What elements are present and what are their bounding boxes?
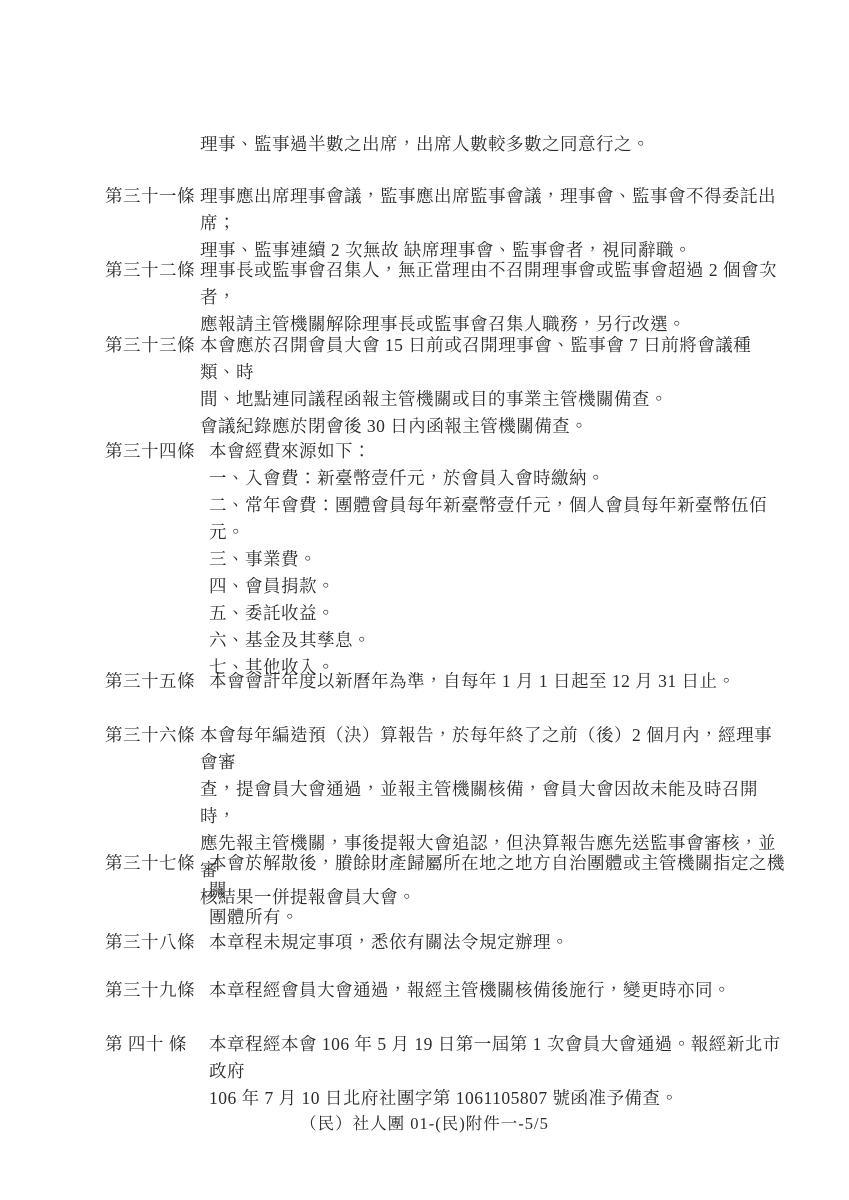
article-31-number: 第三十一條: [105, 183, 200, 210]
article-33-number: 第三十三條: [105, 332, 200, 359]
article-34-text: 本會經費來源如下： 一、入會費：新臺幣壹仟元，於會員入會時繳納。 二、常年會費：…: [200, 438, 785, 681]
article-36-number: 第三十六條: [105, 722, 200, 749]
continuation-paragraph: 理事、監事過半數之出席，出席人數較多數之同意行之。: [200, 131, 800, 158]
article-31: 第三十一條 理事應出席理事會議，監事應出席監事會議，理事會、監事會不得委託出席；…: [105, 183, 785, 264]
article-40: 第 四十 條 本章程經本會 106 年 5 月 19 日第一屆第 1 次會員大會…: [105, 1031, 785, 1112]
article-32-text: 理事長或監事會召集人，無正當理由不召開理事會或監事會超過 2 個會次者， 應報請…: [200, 257, 785, 338]
article-38: 第三十八條 本章程未規定事項，悉依有關法令規定辦理。: [105, 929, 785, 956]
article-33: 第三十三條 本會應於召開會員大會 15 日前或召開理事會、監事會 7 日前將會議…: [105, 332, 785, 440]
article-32-number: 第三十二條: [105, 257, 200, 284]
article-33-text: 本會應於召開會員大會 15 日前或召開理事會、監事會 7 日前將會議種類、時 間…: [200, 332, 785, 440]
article-39-text: 本章程經會員大會通過，報經主管機關核備後施行，變更時亦同。: [200, 977, 785, 1004]
article-39: 第三十九條 本章程經會員大會通過，報經主管機關核備後施行，變更時亦同。: [105, 977, 785, 1004]
article-31-text: 理事應出席理事會議，監事應出席監事會議，理事會、監事會不得委託出席； 理事、監事…: [200, 183, 785, 264]
article-38-number: 第三十八條: [105, 929, 200, 956]
article-34: 第三十四條 本會經費來源如下： 一、入會費：新臺幣壹仟元，於會員入會時繳納。 二…: [105, 438, 785, 681]
article-40-text: 本章程經本會 106 年 5 月 19 日第一屆第 1 次會員大會通過。報經新北…: [200, 1031, 785, 1112]
article-35-number: 第三十五條: [105, 668, 200, 695]
article-32: 第三十二條 理事長或監事會召集人，無正當理由不召開理事會或監事會超過 2 個會次…: [105, 257, 785, 338]
article-34-number: 第三十四條: [105, 438, 200, 465]
article-35: 第三十五條 本會會計年度以新曆年為準，自每年 1 月 1 日起至 12 月 31…: [105, 668, 785, 695]
article-37-text: 本會於解散後，賸餘財產歸屬所在地之地方自治團體或主管機關指定之機關 團體所有。: [200, 850, 785, 931]
document-page: 理事、監事過半數之出席，出席人數較多數之同意行之。 第三十一條 理事應出席理事會…: [0, 0, 849, 1200]
article-40-number: 第 四十 條: [105, 1031, 200, 1058]
page-footer: （民）社人團 01-(民)附件一-5/5: [0, 1112, 849, 1136]
article-35-text: 本會會計年度以新曆年為準，自每年 1 月 1 日起至 12 月 31 日止。: [200, 668, 785, 695]
article-38-text: 本章程未規定事項，悉依有關法令規定辦理。: [200, 929, 785, 956]
article-37-number: 第三十七條: [105, 850, 200, 877]
article-37: 第三十七條 本會於解散後，賸餘財產歸屬所在地之地方自治團體或主管機關指定之機關 …: [105, 850, 785, 931]
article-39-number: 第三十九條: [105, 977, 200, 1004]
